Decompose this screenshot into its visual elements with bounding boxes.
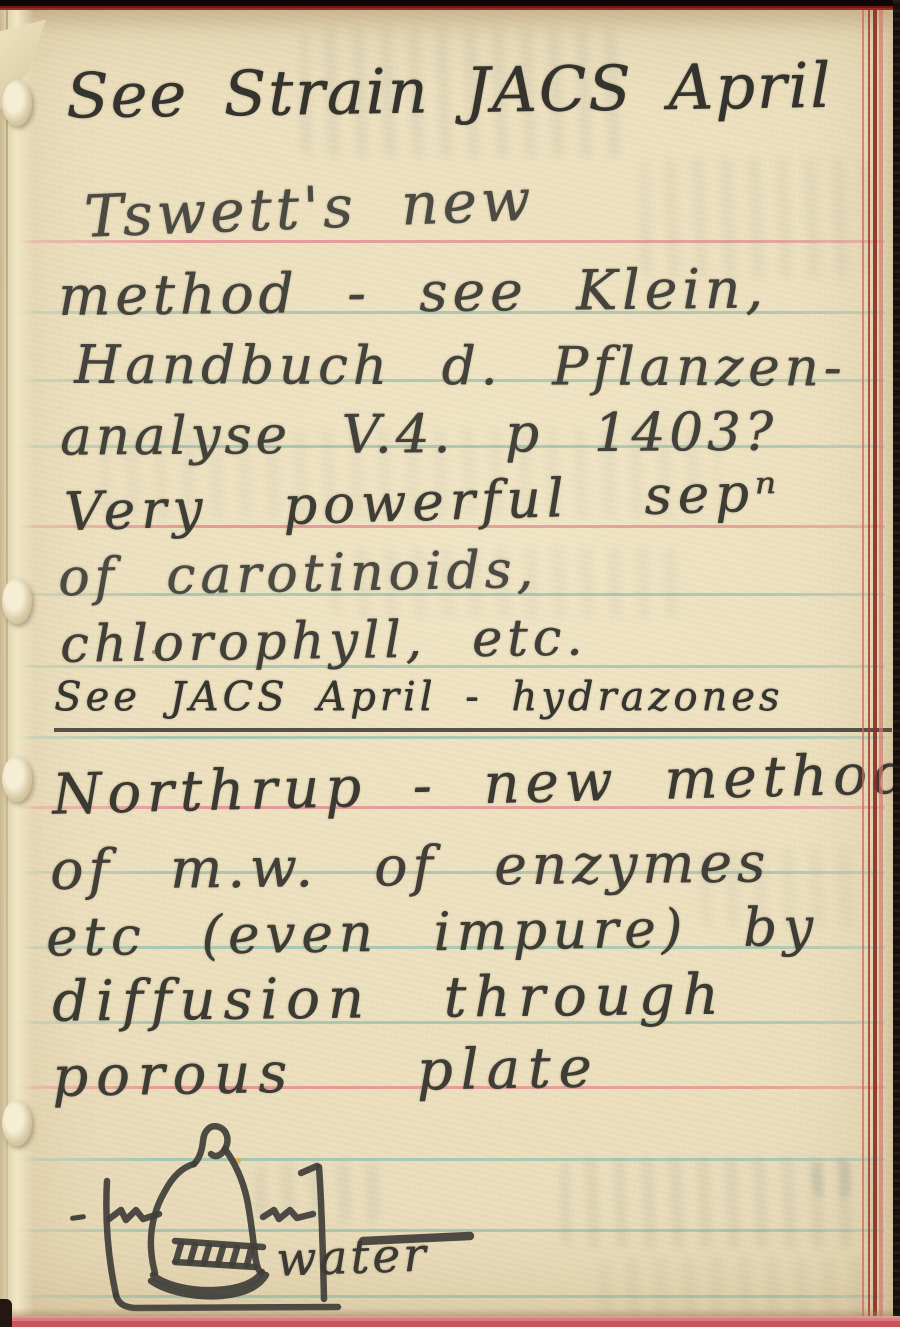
stray-pencil-mark: [70, 1214, 87, 1221]
handwriting-line: of m.w. of enzymes: [50, 830, 771, 902]
handwriting-line: See Strain JACS April: [66, 49, 833, 133]
handwriting-line: of carotinoids,: [58, 540, 539, 608]
red-stained-bottom-edge: [0, 1316, 900, 1327]
handwriting-line: method - see Klein,: [58, 256, 768, 327]
handwriting-line: Handbuch d. Pflanzen-: [74, 335, 847, 399]
handwriting-line: analyse V.4. p 1403?: [60, 401, 777, 467]
notebook-page: See Strain JACS April Tswett's new metho…: [0, 8, 893, 1317]
book-right-edge: [893, 0, 900, 1327]
handwriting-line: Tswett's new: [83, 165, 536, 250]
handwriting-line: diffusion through: [52, 962, 727, 1034]
handwriting-line: chlorophyll, etc.: [60, 608, 588, 674]
notebook-photo: See Strain JACS April Tswett's new metho…: [0, 0, 900, 1327]
handwriting-line-underlined: See JACS April - hydrazones: [54, 674, 892, 732]
bottom-left-corner-notch: [0, 1299, 12, 1327]
page-edge-red-line: [868, 8, 870, 1317]
stitch-bump: [2, 80, 32, 126]
stitch-bump: [2, 1100, 32, 1146]
page-edge-red-line: [862, 8, 864, 1317]
stitch-bump: [2, 756, 32, 802]
ruled-line-blue: [0, 736, 885, 739]
ink-bleed-ghost: [812, 1160, 854, 1198]
page-edge-red-line: [879, 8, 883, 1317]
margin-red-line: [873, 8, 877, 1317]
handwriting-line: Northrup - new method: [51, 741, 900, 827]
page-bottom-shadow: [0, 1308, 900, 1316]
book-top-edge: [0, 0, 900, 10]
stitch-bump: [2, 578, 32, 624]
handwriting-line: porous plate: [51, 1035, 600, 1110]
bell-jar-water-bath-sketch: [95, 1123, 485, 1323]
diagram-label-water: water: [275, 1227, 429, 1287]
handwriting-line: etc (even impure) by: [46, 897, 820, 969]
